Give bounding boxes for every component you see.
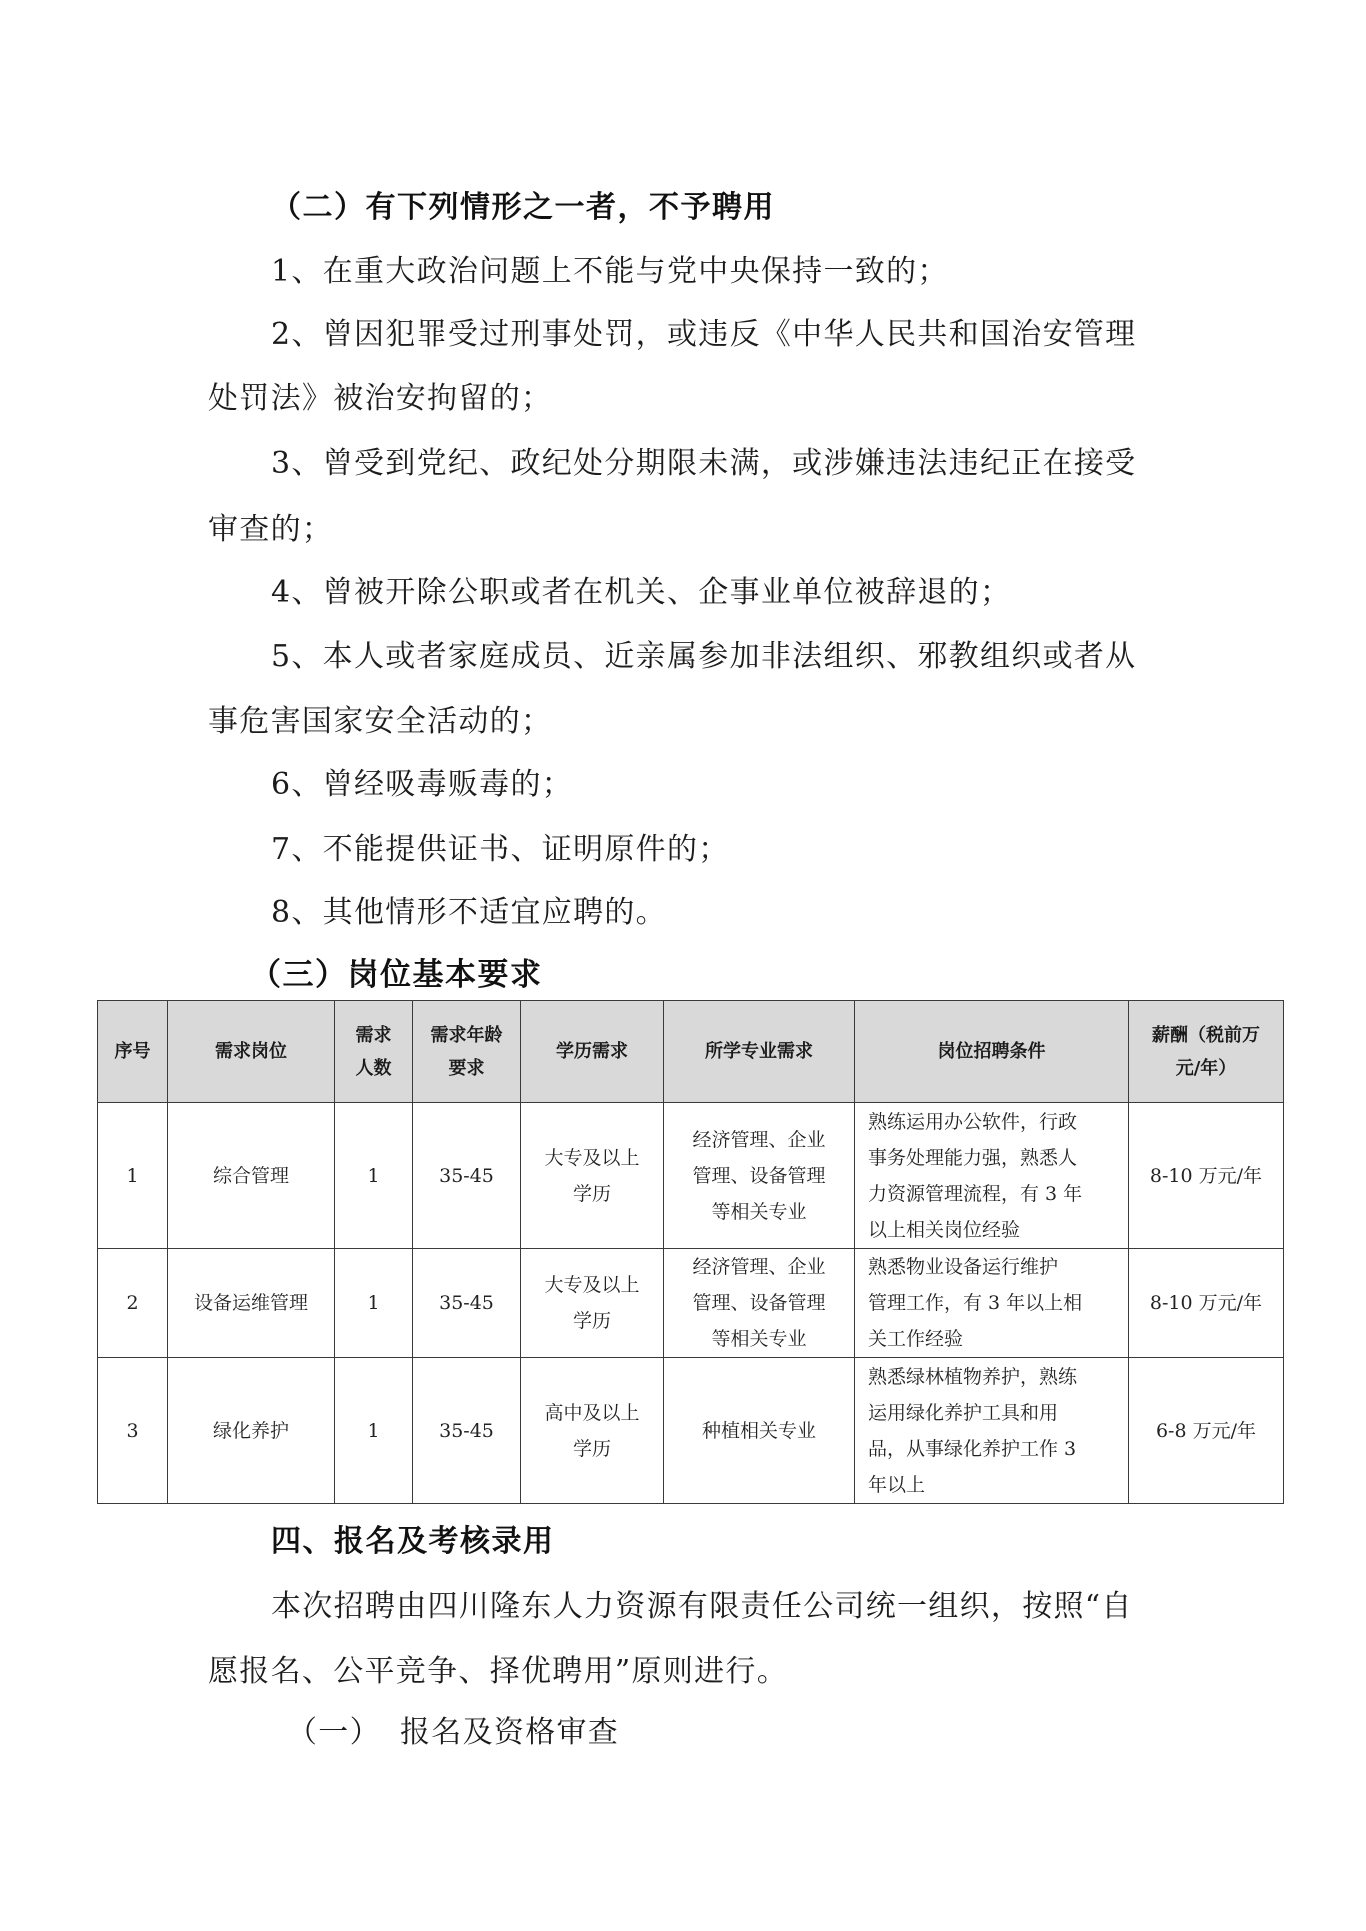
disqualify-item-4: 4、曾被开除公职或者在机关、企事业单位被辞退的； (271, 573, 1011, 613)
disqualify-item-3-cont: 审查的； (208, 510, 333, 550)
cell-conditions: 熟练运用办公软件，行政 事务处理能力强，熟悉人 力资源管理流程，有 3 年 以上… (855, 1103, 1129, 1249)
cell-index: 2 (98, 1249, 168, 1358)
cell-education: 大专及以上 学历 (521, 1103, 664, 1249)
section-heading-disqualify: （二）有下列情形之一者，不予聘用 (271, 188, 775, 228)
disqualify-item-6: 6、曾经吸毒贩毒的； (271, 765, 573, 805)
position-requirements-table: 序号 需求岗位 需求人数 需求年龄要求 学历需求 所学专业需求 岗位招聘条件 薪… (97, 1000, 1284, 1504)
header-major: 所学专业需求 (664, 1001, 855, 1103)
table-header-row: 序号 需求岗位 需求人数 需求年龄要求 学历需求 所学专业需求 岗位招聘条件 薪… (98, 1001, 1284, 1103)
disqualify-item-1: 1、在重大政治问题上不能与党中央保持一致的； (271, 252, 949, 292)
section-heading-registration: 四、报名及考核录用 (271, 1522, 555, 1562)
cell-age: 35-45 (413, 1249, 521, 1358)
cell-salary: 8-10 万元/年 (1129, 1103, 1284, 1249)
table-row: 3 绿化养护 1 35-45 高中及以上 学历 种植相关专业 熟悉绿林植物养护，… (98, 1358, 1284, 1504)
cell-education: 高中及以上 学历 (521, 1358, 664, 1504)
cell-position: 绿化养护 (168, 1358, 335, 1504)
document-page: （二）有下列情形之一者，不予聘用 1、在重大政治问题上不能与党中央保持一致的； … (0, 0, 1366, 1931)
header-conditions: 岗位招聘条件 (855, 1001, 1129, 1103)
cell-position: 综合管理 (168, 1103, 335, 1249)
disqualify-item-7: 7、不能提供证书、证明原件的； (271, 830, 730, 870)
cell-count: 1 (335, 1249, 413, 1358)
disqualify-item-2: 2、曾因犯罪受过刑事处罚，或违反《中华人民共和国治安管理 (271, 315, 1137, 355)
subheading-registration-review: 报名及资格审查 (400, 1713, 619, 1753)
cell-major: 经济管理、企业 管理、设备管理 等相关专业 (664, 1103, 855, 1249)
header-count: 需求人数 (335, 1001, 413, 1103)
cell-age: 35-45 (413, 1103, 521, 1249)
cell-count: 1 (335, 1103, 413, 1249)
cell-index: 1 (98, 1103, 168, 1249)
cell-position: 设备运维管理 (168, 1249, 335, 1358)
section-heading-requirements: （三）岗位基本要求 (250, 955, 543, 995)
cell-index: 3 (98, 1358, 168, 1504)
header-index: 序号 (98, 1001, 168, 1103)
disqualify-item-8: 8、其他情形不适宜应聘的。 (271, 893, 667, 933)
cell-conditions: 熟悉绿林植物养护，熟练 运用绿化养护工具和用 品，从事绿化养护工作 3 年以上 (855, 1358, 1129, 1504)
cell-age: 35-45 (413, 1358, 521, 1504)
table-row: 2 设备运维管理 1 35-45 大专及以上 学历 经济管理、企业 管理、设备管… (98, 1249, 1284, 1358)
header-education: 学历需求 (521, 1001, 664, 1103)
disqualify-item-5: 5、本人或者家庭成员、近亲属参加非法组织、邪教组织或者从 (271, 637, 1137, 677)
cell-count: 1 (335, 1358, 413, 1504)
header-salary: 薪酬（税前万元/年） (1129, 1001, 1284, 1103)
cell-major: 经济管理、企业 管理、设备管理 等相关专业 (664, 1249, 855, 1358)
subheading-prefix: （一） (287, 1713, 381, 1753)
cell-salary: 6-8 万元/年 (1129, 1358, 1284, 1504)
disqualify-item-3: 3、曾受到党纪、政纪处分期限未满，或涉嫌违法违纪正在接受 (271, 444, 1137, 484)
disqualify-item-5-cont: 事危害国家安全活动的； (208, 702, 552, 742)
cell-salary: 8-10 万元/年 (1129, 1249, 1284, 1358)
disqualify-item-2-cont: 处罚法》被治安拘留的； (208, 379, 552, 419)
registration-paragraph-line-2: 愿报名、公平竞争、择优聘用”原则进行。 (208, 1652, 788, 1692)
cell-conditions: 熟悉物业设备运行维护 管理工作，有 3 年以上相 关工作经验 (855, 1249, 1129, 1358)
cell-education: 大专及以上 学历 (521, 1249, 664, 1358)
header-position: 需求岗位 (168, 1001, 335, 1103)
cell-major: 种植相关专业 (664, 1358, 855, 1504)
header-age: 需求年龄要求 (413, 1001, 521, 1103)
table-row: 1 综合管理 1 35-45 大专及以上 学历 经济管理、企业 管理、设备管理 … (98, 1103, 1284, 1249)
registration-paragraph-line-1: 本次招聘由四川隆东人力资源有限责任公司统一组织，按照“自 (271, 1587, 1133, 1627)
